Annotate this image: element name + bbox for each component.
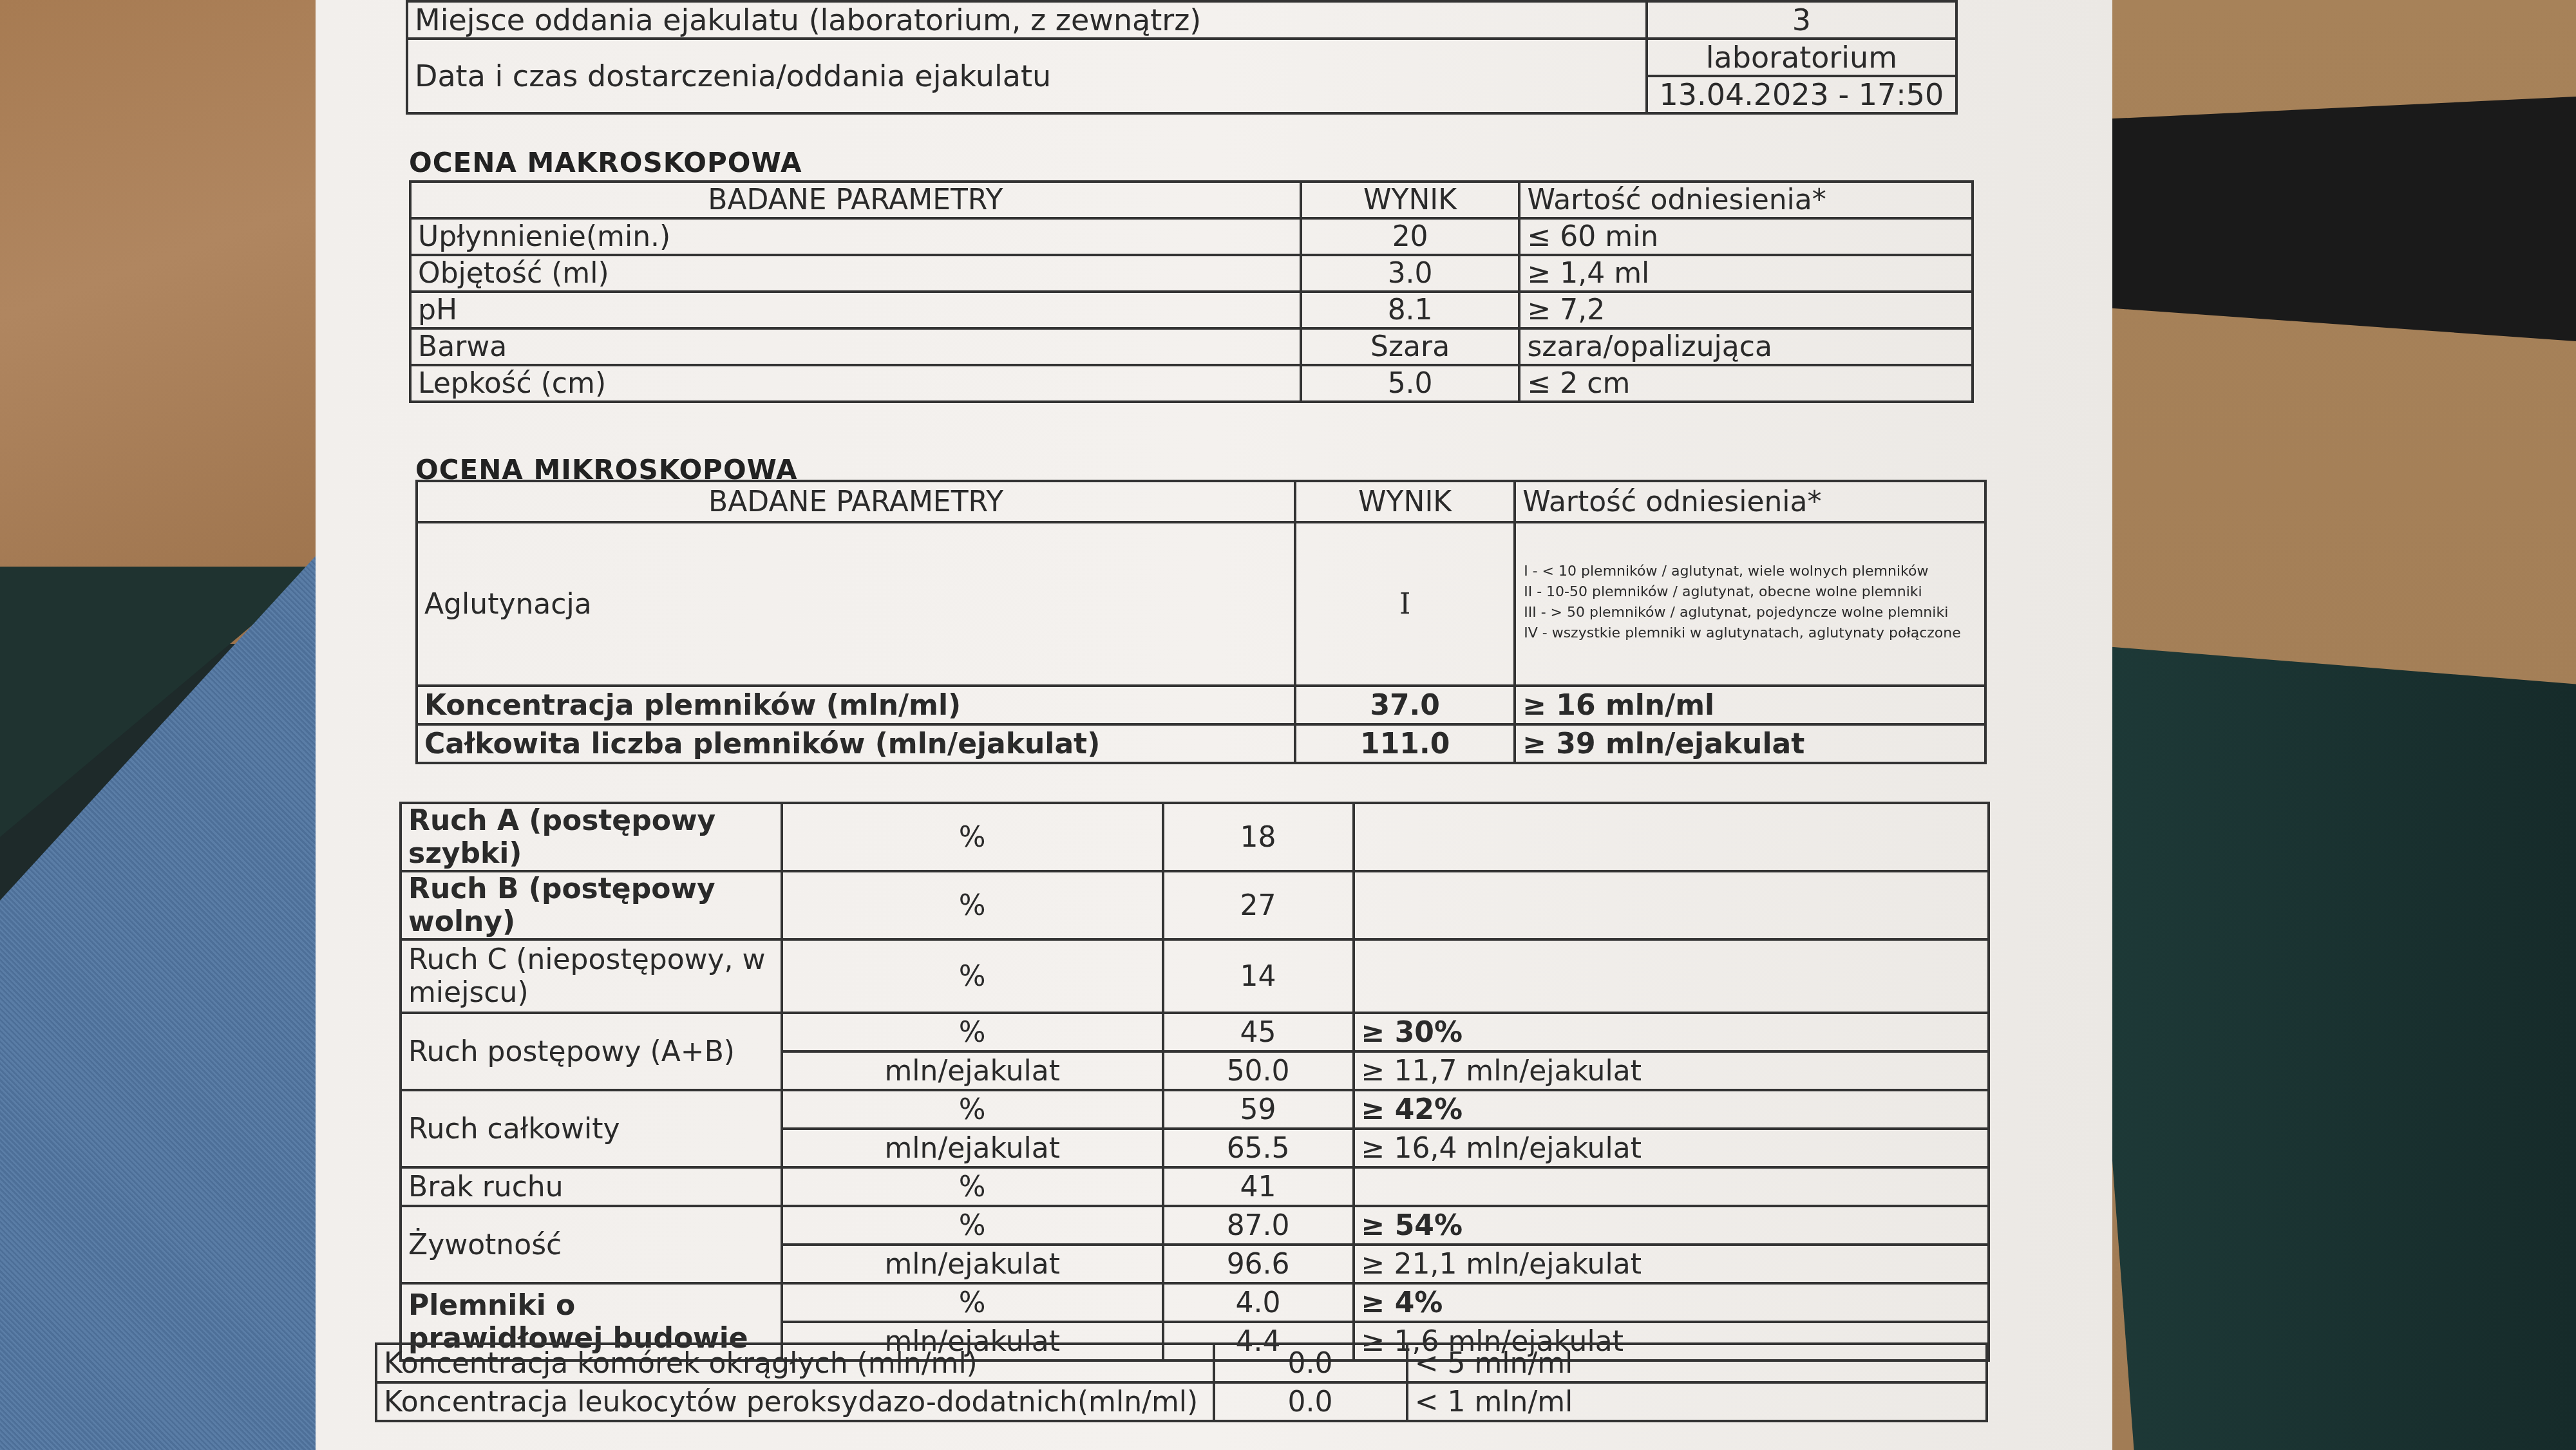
param-reference: ≥ 54%: [1354, 1206, 1989, 1245]
param-reference: [1354, 803, 1989, 871]
param-reference: ≥ 39 mln/ejakulat: [1515, 724, 1985, 763]
param-reference: < 1 mln/ml: [1407, 1382, 1987, 1421]
table-row: Ruch całkowity % 59 ≥ 42%: [401, 1090, 1989, 1129]
table-header-row: BADANE PARAMETRY WYNIK Wartość odniesien…: [417, 481, 1985, 522]
param-unit: %: [782, 1206, 1163, 1245]
param-unit: %: [782, 1013, 1163, 1051]
table-row: Upłynnienie(min.) 20 ≤ 60 min: [410, 218, 1973, 255]
param-unit: %: [782, 939, 1163, 1013]
cells-table: Koncentracja komórek okrągłych (mln/ml) …: [375, 1342, 1988, 1422]
column-header-params: BADANE PARAMETRY: [417, 481, 1295, 522]
param-name: Ruch B (postępowy wolny): [401, 871, 782, 939]
param-result: I: [1295, 522, 1515, 686]
table-row: Całkowita liczba plemników (mln/ejakulat…: [417, 724, 1985, 763]
table-row: Ruch postępowy (A+B) % 45 ≥ 30%: [401, 1013, 1989, 1051]
param-result: 65.5: [1163, 1129, 1354, 1167]
aglutination-reference-scale: I - < 10 plemników / aglutynat, wiele wo…: [1515, 522, 1985, 686]
param-name: Koncentracja komórek okrągłych (mln/ml): [376, 1344, 1214, 1382]
table-row: Objętość (ml) 3.0 ≥ 1,4 ml: [410, 255, 1973, 292]
column-header-reference: Wartość odniesienia*: [1515, 481, 1985, 522]
table-row: Lepkość (cm) 5.0 ≤ 2 cm: [410, 365, 1973, 402]
param-reference: szara/opalizująca: [1519, 328, 1973, 365]
lab-report-paper: Miejsce oddania ejakulatu (laboratorium,…: [316, 0, 2112, 1450]
param-result: 37.0: [1295, 686, 1515, 724]
motility-table: Ruch A (postępowy szybki) % 18 Ruch B (p…: [399, 802, 1990, 1362]
param-reference: [1354, 871, 1989, 939]
param-name: pH: [410, 292, 1301, 328]
param-result: 3.0: [1301, 255, 1520, 292]
param-name: Koncentracja plemników (mln/ml): [417, 686, 1295, 724]
sample-place-value: 3: [1647, 1, 1956, 39]
param-result: 50.0: [1163, 1051, 1354, 1090]
param-name: Ruch postępowy (A+B): [401, 1013, 782, 1090]
table-row: Ruch B (postępowy wolny) % 27: [401, 871, 1989, 939]
param-reference: ≥ 16 mln/ml: [1515, 686, 1985, 724]
param-result: 27: [1163, 871, 1354, 939]
column-header-params: BADANE PARAMETRY: [410, 182, 1301, 218]
section-title-makro: OCENA MAKROSKOPOWA: [409, 147, 802, 178]
table-header-row: BADANE PARAMETRY WYNIK Wartość odniesien…: [410, 182, 1973, 218]
param-name: Objętość (ml): [410, 255, 1301, 292]
param-result: 0.0: [1214, 1344, 1407, 1382]
table-row: Ruch A (postępowy szybki) % 18: [401, 803, 1989, 871]
table-row: Koncentracja leukocytów peroksydazo-doda…: [376, 1382, 1987, 1421]
param-result: 87.0: [1163, 1206, 1354, 1245]
column-header-result: WYNIK: [1301, 182, 1520, 218]
param-reference: ≥ 21,1 mln/ejakulat: [1354, 1245, 1989, 1283]
table-row: Brak ruchu % 41: [401, 1167, 1989, 1206]
param-reference: ≤ 2 cm: [1519, 365, 1973, 402]
table-row: pH 8.1 ≥ 7,2: [410, 292, 1973, 328]
param-reference: < 5 mln/ml: [1407, 1344, 1987, 1382]
sample-info-table: Miejsce oddania ejakulatu (laboratorium,…: [406, 0, 1958, 115]
param-name: Całkowita liczba plemników (mln/ejakulat…: [417, 724, 1295, 763]
table-row: Żywotność % 87.0 ≥ 54%: [401, 1206, 1989, 1245]
param-name: Aglutynacja: [417, 522, 1295, 686]
param-result: 18: [1163, 803, 1354, 871]
param-result: 8.1: [1301, 292, 1520, 328]
param-name: Barwa: [410, 328, 1301, 365]
background-green-fabric: [2074, 644, 2576, 1450]
scale-line: IV - wszystkie plemniki w aglutynatach, …: [1524, 625, 1976, 643]
sample-place-label: Miejsce oddania ejakulatu (laboratorium,…: [407, 1, 1647, 39]
param-name: Ruch C (niepostępowy, w miejscu): [401, 939, 782, 1013]
param-reference: ≥ 11,7 mln/ejakulat: [1354, 1051, 1989, 1090]
param-unit: %: [782, 1167, 1163, 1206]
param-reference: ≥ 1,4 ml: [1519, 255, 1973, 292]
param-unit: %: [782, 1090, 1163, 1129]
param-result: 20: [1301, 218, 1520, 255]
table-row: Aglutynacja I I - < 10 plemników / aglut…: [417, 522, 1985, 686]
param-unit: mln/ejakulat: [782, 1051, 1163, 1090]
param-result: 5.0: [1301, 365, 1520, 402]
param-name: Brak ruchu: [401, 1167, 782, 1206]
param-reference: ≥ 42%: [1354, 1090, 1989, 1129]
table-row: Miejsce oddania ejakulatu (laboratorium,…: [407, 1, 1956, 39]
sample-date-label: Data i czas dostarczenia/oddania ejakula…: [407, 39, 1647, 113]
param-name: Ruch całkowity: [401, 1090, 782, 1167]
param-reference: [1354, 939, 1989, 1013]
param-result: 45: [1163, 1013, 1354, 1051]
param-reference: ≥ 16,4 mln/ejakulat: [1354, 1129, 1989, 1167]
background-black-fabric: [2061, 97, 2576, 341]
param-result: 111.0: [1295, 724, 1515, 763]
sample-location-value: laboratorium: [1647, 39, 1956, 76]
table-row: Ruch C (niepostępowy, w miejscu) % 14: [401, 939, 1989, 1013]
sample-datetime-value: 13.04.2023 - 17:50: [1647, 76, 1956, 113]
microscopic-table: BADANE PARAMETRY WYNIK Wartość odniesien…: [415, 480, 1987, 764]
param-unit: mln/ejakulat: [782, 1245, 1163, 1283]
param-reference: [1354, 1167, 1989, 1206]
param-result: 14: [1163, 939, 1354, 1013]
scale-line: II - 10-50 plemników / aglutynat, obecne…: [1524, 583, 1976, 601]
scale-line: III - > 50 plemników / aglutynat, pojedy…: [1524, 604, 1976, 622]
param-result: 4.0: [1163, 1283, 1354, 1322]
param-reference: ≥ 7,2: [1519, 292, 1973, 328]
param-result: 41: [1163, 1167, 1354, 1206]
table-row: Koncentracja komórek okrągłych (mln/ml) …: [376, 1344, 1987, 1382]
param-reference: ≤ 60 min: [1519, 218, 1973, 255]
param-name: Lepkość (cm): [410, 365, 1301, 402]
param-name: Upłynnienie(min.): [410, 218, 1301, 255]
param-unit: %: [782, 1283, 1163, 1322]
param-reference: ≥ 30%: [1354, 1013, 1989, 1051]
param-unit: %: [782, 871, 1163, 939]
table-row: Plemniki o prawidłowej budowie % 4.0 ≥ 4…: [401, 1283, 1989, 1322]
param-unit: mln/ejakulat: [782, 1129, 1163, 1167]
table-row: Barwa Szara szara/opalizująca: [410, 328, 1973, 365]
param-unit: %: [782, 803, 1163, 871]
scale-line: I - < 10 plemników / aglutynat, wiele wo…: [1524, 563, 1976, 581]
param-name: Ruch A (postępowy szybki): [401, 803, 782, 871]
table-row: Data i czas dostarczenia/oddania ejakula…: [407, 39, 1956, 76]
column-header-result: WYNIK: [1295, 481, 1515, 522]
param-result: 59: [1163, 1090, 1354, 1129]
column-header-reference: Wartość odniesienia*: [1519, 182, 1973, 218]
macroscopic-table: BADANE PARAMETRY WYNIK Wartość odniesien…: [409, 180, 1974, 403]
param-name: Koncentracja leukocytów peroksydazo-doda…: [376, 1382, 1214, 1421]
param-result: Szara: [1301, 328, 1520, 365]
param-result: 96.6: [1163, 1245, 1354, 1283]
param-name: Żywotność: [401, 1206, 782, 1283]
table-row: Koncentracja plemników (mln/ml) 37.0 ≥ 1…: [417, 686, 1985, 724]
param-reference: ≥ 4%: [1354, 1283, 1989, 1322]
param-result: 0.0: [1214, 1382, 1407, 1421]
